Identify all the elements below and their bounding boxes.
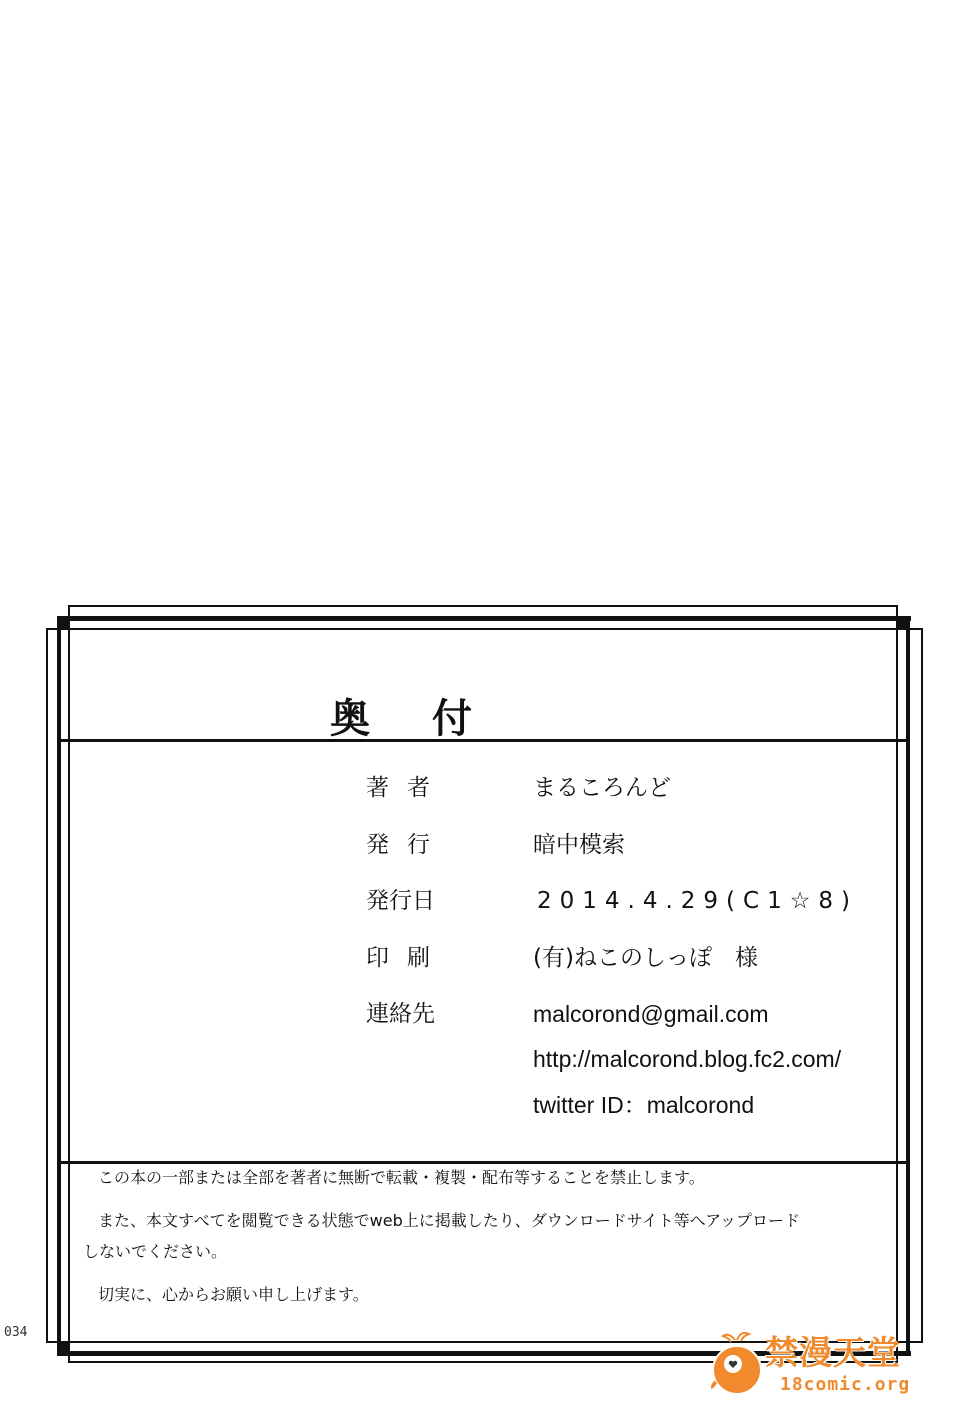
- frame-corner: [57, 1343, 69, 1355]
- frame-line: [68, 605, 70, 1363]
- title-char: 奥: [330, 695, 370, 743]
- printer-label: 印刷: [366, 943, 448, 973]
- mascot-icon: [705, 1330, 767, 1396]
- publisher-label: 発行: [366, 830, 448, 860]
- printer-value: (有)ねこのしっぽ 様: [533, 943, 758, 973]
- contact-blog-url: http://malcorond.blog.fc2.com/: [533, 1044, 841, 1074]
- frame-thick-line: [57, 616, 61, 1356]
- watermark-logo: 禁漫天堂 18comic.org: [705, 1330, 920, 1400]
- contact-email: malcorond@gmail.com: [533, 999, 769, 1029]
- publish-date-value: 2014.4.29(C1☆8): [537, 886, 858, 916]
- contact-twitter: twitter ID：malcorond: [533, 1090, 754, 1120]
- notice-line: 切実に、心からお願い申し上げます。: [98, 1284, 369, 1306]
- publisher-value: 暗中模索: [533, 830, 625, 860]
- publish-date-label: 発行日: [366, 886, 435, 916]
- frame-line: [68, 605, 898, 607]
- frame-corner: [57, 616, 69, 628]
- author-label: 著者: [366, 773, 448, 803]
- page-title: 奥付: [330, 695, 472, 743]
- title-divider: [59, 739, 908, 742]
- frame-line: [896, 605, 898, 1363]
- watermark-subtitle: 18comic.org: [780, 1374, 910, 1396]
- frame-thick-line: [906, 616, 910, 1356]
- frame-line: [46, 628, 923, 630]
- notice-line: この本の一部または全部を著者に無断で転載・複製・配布等することを禁止します。: [98, 1167, 705, 1189]
- page-number: 034: [4, 1325, 27, 1340]
- frame-line: [46, 628, 48, 1343]
- watermark-title: 禁漫天堂: [765, 1334, 901, 1372]
- frame-corner: [898, 616, 910, 628]
- notice-divider: [59, 1161, 908, 1164]
- author-value: まるころんど: [533, 773, 671, 803]
- frame-thick-line: [57, 616, 911, 621]
- notice-line: また、本文すべてを閲覧できる状態でweb上に掲載したり、ダウンロードサイト等へア…: [98, 1210, 800, 1232]
- frame-line: [921, 628, 923, 1343]
- title-char: 付: [432, 695, 472, 743]
- notice-line: しないでください。: [83, 1241, 227, 1263]
- contact-label: 連絡先: [366, 999, 435, 1029]
